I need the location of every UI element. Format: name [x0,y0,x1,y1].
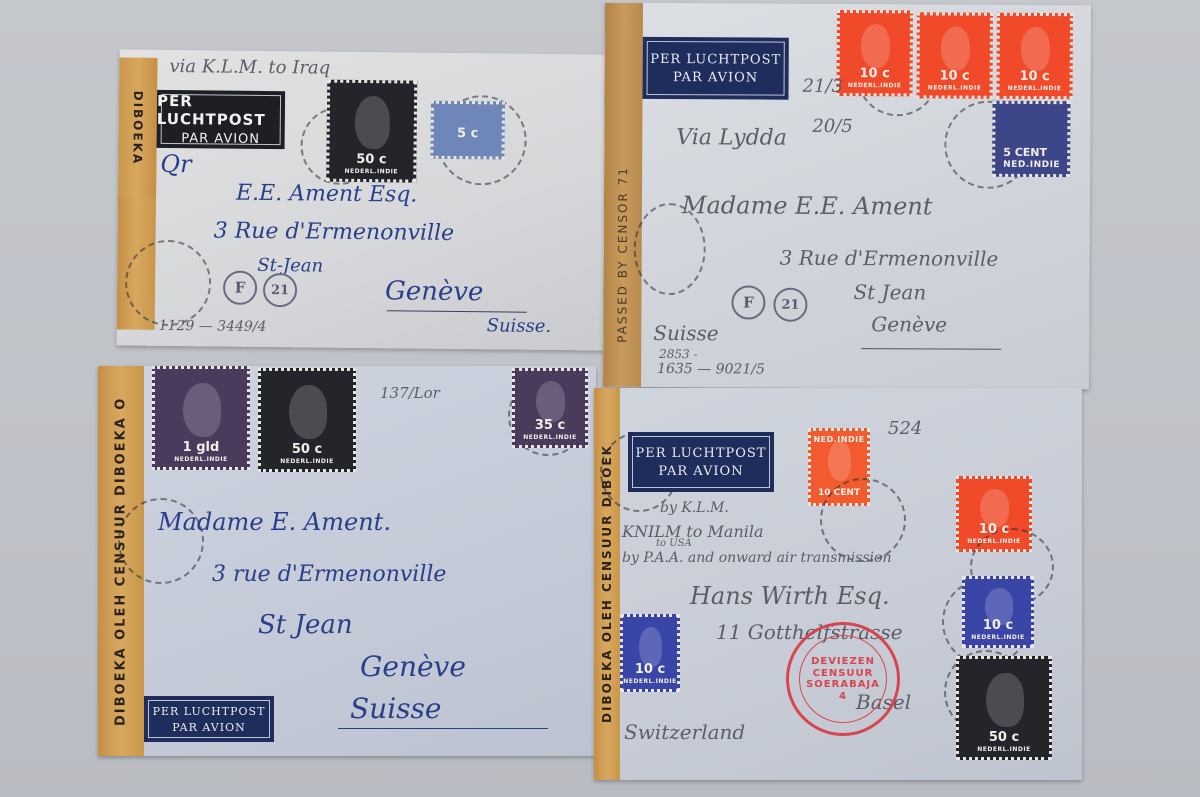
underline [338,728,548,729]
cover-bottom-left: DIBOEKA OLEH CENSUUR DIBOEKA O 1 gld NED… [98,366,596,756]
address-line-3: St Jean [258,610,353,640]
pencil-mark: 524 [888,418,922,439]
routing-line-2: KNILM to Manila [622,522,764,541]
portrait [1021,27,1051,71]
stamp-10c-blue: 10 c NEDERL.INDIE [962,576,1034,648]
portrait [183,383,222,437]
red-censor-seal: DEVIEZEN CENSUUR SOERABAJA 4 [786,622,900,736]
stamp-50c-black: 50 c NEDERL.INDIE [258,368,356,472]
airmail-label: PER LUCHTPOST PAR AVION [628,432,774,492]
portrait [861,24,891,68]
address-line-2: 3 rue d'Ermenonville [212,562,446,587]
address-line-5: Suisse. [487,315,552,337]
stamp-10c-orange: 10 c NEDERL.INDIE [997,13,1073,99]
routing-line-1: by K.L.M. [660,500,729,516]
stamp-5cent-blue: 5 CENT NED.INDIE [992,101,1070,177]
address-line-4: Switzerland [624,720,745,744]
circle-mark-f: F [223,271,257,305]
portrait [536,381,565,422]
portrait [986,673,1024,727]
stamp-10c-blue: 10 c NEDERL.INDIE [620,614,680,692]
circle-mark-21: 21 [263,273,297,307]
address-line-4: Genève [360,650,466,683]
address-line-2: 3 Rue d'Ermenonville [214,218,455,246]
routing-note: Via Lydda [676,125,787,151]
stamp-10c-orange: 10 c NEDERL.INDIE [956,476,1032,552]
portrait [289,385,328,439]
routing-line-4: by P.A.A. and onward air transmission [622,550,891,566]
portrait [941,27,971,71]
underline [861,348,1001,350]
airmail-label: PER LUCHTPOST PAR AVION [643,37,789,100]
censor-postmark [633,203,705,295]
stamp-5c-blue: 5 c [430,101,505,160]
pencil-note: 2853 - [659,347,697,361]
pencil-mark: 137/Lor [380,384,440,402]
portrait [355,96,391,149]
pencil-note: Suisse [653,321,718,345]
pencil-mark: 21/3 [803,76,844,97]
portrait [828,441,852,481]
address-line-1: Madame E.E. Ament [682,191,933,220]
pencil-note: 1635 — 9021/5 [657,361,765,378]
routing-mark: Qr [160,150,191,178]
address-line-4: Genève [385,276,484,307]
stamp-1gld-violet: 1 gld NEDERL.INDIE [152,366,250,470]
address-line-3: St Jean [853,280,926,304]
cover-top-left: CENSUUR DIBOEKA via K.L.M. to Iraq PER L… [116,49,607,350]
portrait [639,627,662,667]
cover-bottom-right: DIBOEKA OLEH CENSUUR DIBOEK PER LUCHTPOS… [594,388,1082,780]
routing-note: via K.L.M. to Iraq [169,56,330,79]
circle-mark-21: 21 [773,288,807,322]
address-line-3: St-Jean [257,255,323,277]
stamp-50c-black: 50 c NEDERL.INDIE [326,80,417,183]
address-line-1: Hans Wirth Esq. [690,582,890,610]
pencil-mark: 20/5 [812,116,853,137]
address-line-4: Genève [871,312,947,336]
cover-top-right: PASSED BY CENSOR 71 PER LUCHTPOST PAR AV… [603,3,1091,390]
stamp-10c-orange: 10 c NEDERL.INDIE [917,12,993,98]
address-line-1: E.E. Ament Esq. [236,181,418,208]
routing-line-3: to USA [656,538,692,549]
stamp-10c-orange: 10 c NEDERL.INDIE [837,10,913,96]
underline [387,310,527,312]
airmail-label: PER LUCHTPOST PAR AVION [144,696,274,742]
address-line-2: 3 Rue d'Ermenonville [780,246,999,271]
censor-postmark [125,240,212,327]
censor-tape: PASSED BY CENSOR 71 [603,3,643,387]
airmail-label: PER LUCHTPOST PAR AVION [157,90,286,149]
censor-tape-top: DIBOEKA [118,57,157,197]
address-line-5: Suisse [350,692,441,725]
circle-mark-f: F [731,285,765,319]
pencil-notes: 1129 — 3449/4 [159,318,267,335]
stamp-50c-black: 50 c NEDERL.INDIE [956,656,1052,760]
stamp-35c-violet: 35 c NEDERL.INDIE [512,368,588,448]
address-line-1: Madame E. Ament. [158,508,391,536]
